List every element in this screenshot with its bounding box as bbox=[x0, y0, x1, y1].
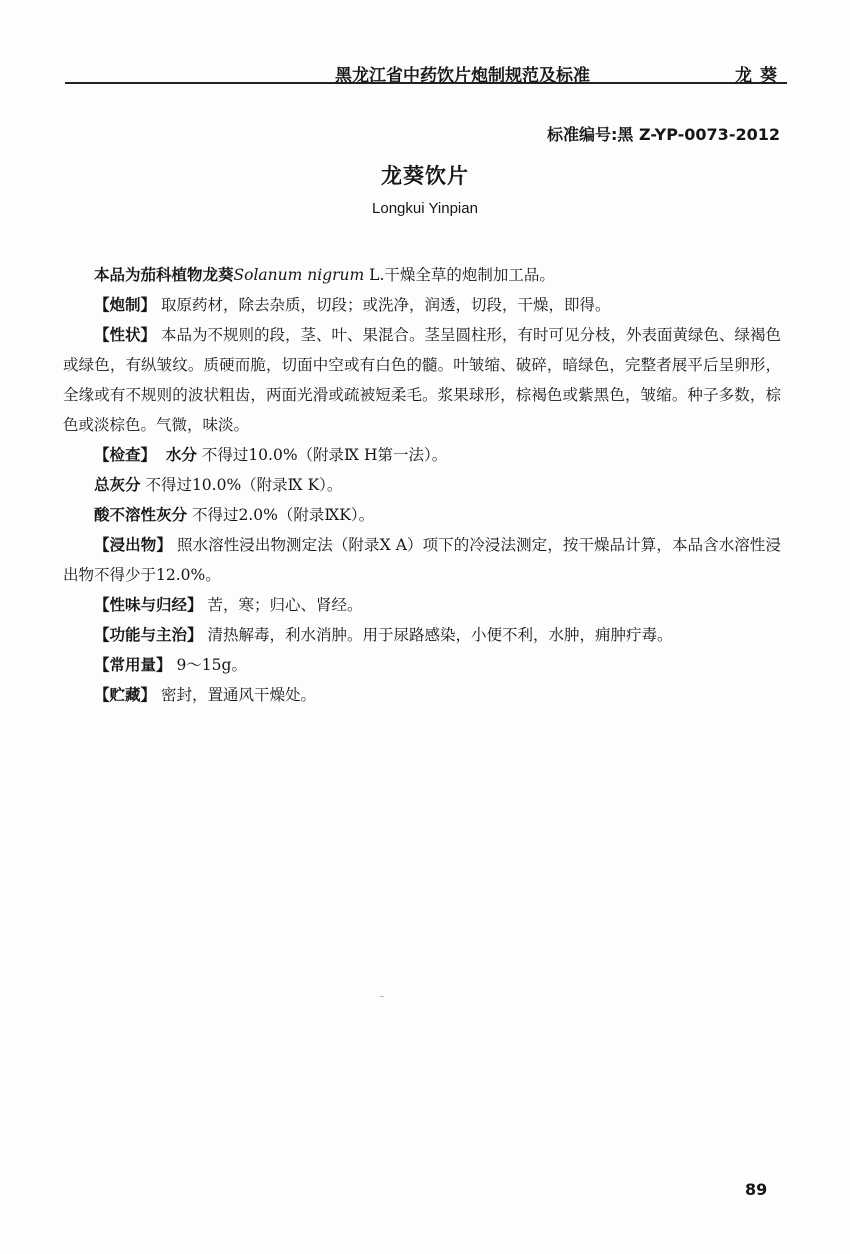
scan-speck bbox=[380, 996, 384, 997]
processing-paragraph: 【炮制】 取原药材，除去杂质，切段；或洗净，润透，切段，干燥，即得。 bbox=[63, 290, 781, 320]
inspection-moisture: 【检查】 水分 不得过10.0%（附录Ⅸ H第一法）。 bbox=[63, 440, 781, 470]
extract-tag: 【浸出物】 bbox=[94, 536, 172, 554]
page-number: 89 bbox=[745, 1180, 767, 1199]
processing-text: 取原药材，除去杂质，切段；或洗净，润透，切段，干燥，即得。 bbox=[156, 296, 610, 314]
total-ash-label: 总灰分 bbox=[94, 476, 141, 494]
intro-text: 本品为茄科植物龙葵 bbox=[94, 266, 234, 284]
processing-tag: 【炮制】 bbox=[94, 296, 156, 314]
moisture-text: 不得过10.0%（附录Ⅸ H第一法）。 bbox=[197, 446, 447, 464]
inspection-total-ash: 总灰分 不得过10.0%（附录Ⅸ K）。 bbox=[63, 470, 781, 500]
inspection-acid-insoluble-ash: 酸不溶性灰分 不得过2.0%（附录ⅨK）。 bbox=[63, 500, 781, 530]
description-paragraph: 【性状】 本品为不规则的段，茎、叶、果混合。茎呈圆柱形，有时可见分枝，外表面黄绿… bbox=[63, 320, 781, 440]
dosage-text: 9～15g。 bbox=[172, 656, 247, 674]
header-rule bbox=[65, 82, 787, 84]
latin-name: Solanum nigrum bbox=[234, 266, 365, 284]
acid-ash-text: 不得过2.0%（附录ⅨK）。 bbox=[187, 506, 374, 524]
extract-paragraph: 【浸出物】 照水溶性浸出物测定法（附录Ⅹ A）项下的冷浸法测定，按干燥品计算，本… bbox=[63, 530, 781, 590]
acid-ash-label: 酸不溶性灰分 bbox=[94, 506, 187, 524]
dosage-tag: 【常用量】 bbox=[94, 656, 172, 674]
nature-meridian-tag: 【性味与归经】 bbox=[94, 596, 203, 614]
nature-meridian-text: 苦，寒；归心、肾经。 bbox=[203, 596, 363, 614]
storage-tag: 【贮藏】 bbox=[94, 686, 156, 704]
monograph-body: 本品为茄科植物龙葵Solanum nigrum L.干燥全草的炮制加工品。 【炮… bbox=[63, 260, 781, 710]
nature-meridian-paragraph: 【性味与归经】 苦，寒；归心、肾经。 bbox=[63, 590, 781, 620]
inspection-tag: 【检查】 bbox=[94, 446, 156, 464]
page-subtitle-pinyin: Longkui Yinpian bbox=[0, 200, 850, 217]
storage-text: 密封，置通风干燥处。 bbox=[156, 686, 316, 704]
dosage-paragraph: 【常用量】 9～15g。 bbox=[63, 650, 781, 680]
storage-paragraph: 【贮藏】 密封，置通风干燥处。 bbox=[63, 680, 781, 710]
description-tag: 【性状】 bbox=[94, 326, 156, 344]
running-header: 黑龙江省中药饮片炮制规范及标准 龙葵 bbox=[65, 55, 787, 93]
intro-paragraph: 本品为茄科植物龙葵Solanum nigrum L.干燥全草的炮制加工品。 bbox=[63, 260, 781, 290]
moisture-label: 水分 bbox=[166, 446, 197, 464]
description-text: 本品为不规则的段，茎、叶、果混合。茎呈圆柱形，有时可见分枝，外表面黄绿色、绿褐色… bbox=[63, 326, 781, 434]
function-tag: 【功能与主治】 bbox=[94, 626, 203, 644]
standard-number: 标准编号:黑 Z-YP-0073-2012 bbox=[547, 122, 780, 145]
function-text: 清热解毒，利水消肿。用于尿路感染，小便不利，水肿，痈肿疔毒。 bbox=[203, 626, 673, 644]
total-ash-text: 不得过10.0%（附录Ⅸ K）。 bbox=[141, 476, 343, 494]
function-paragraph: 【功能与主治】 清热解毒，利水消肿。用于尿路感染，小便不利，水肿，痈肿疔毒。 bbox=[63, 620, 781, 650]
page-title: 龙葵饮片 bbox=[0, 160, 850, 190]
intro-text-end: L.干燥全草的炮制加工品。 bbox=[364, 266, 555, 284]
